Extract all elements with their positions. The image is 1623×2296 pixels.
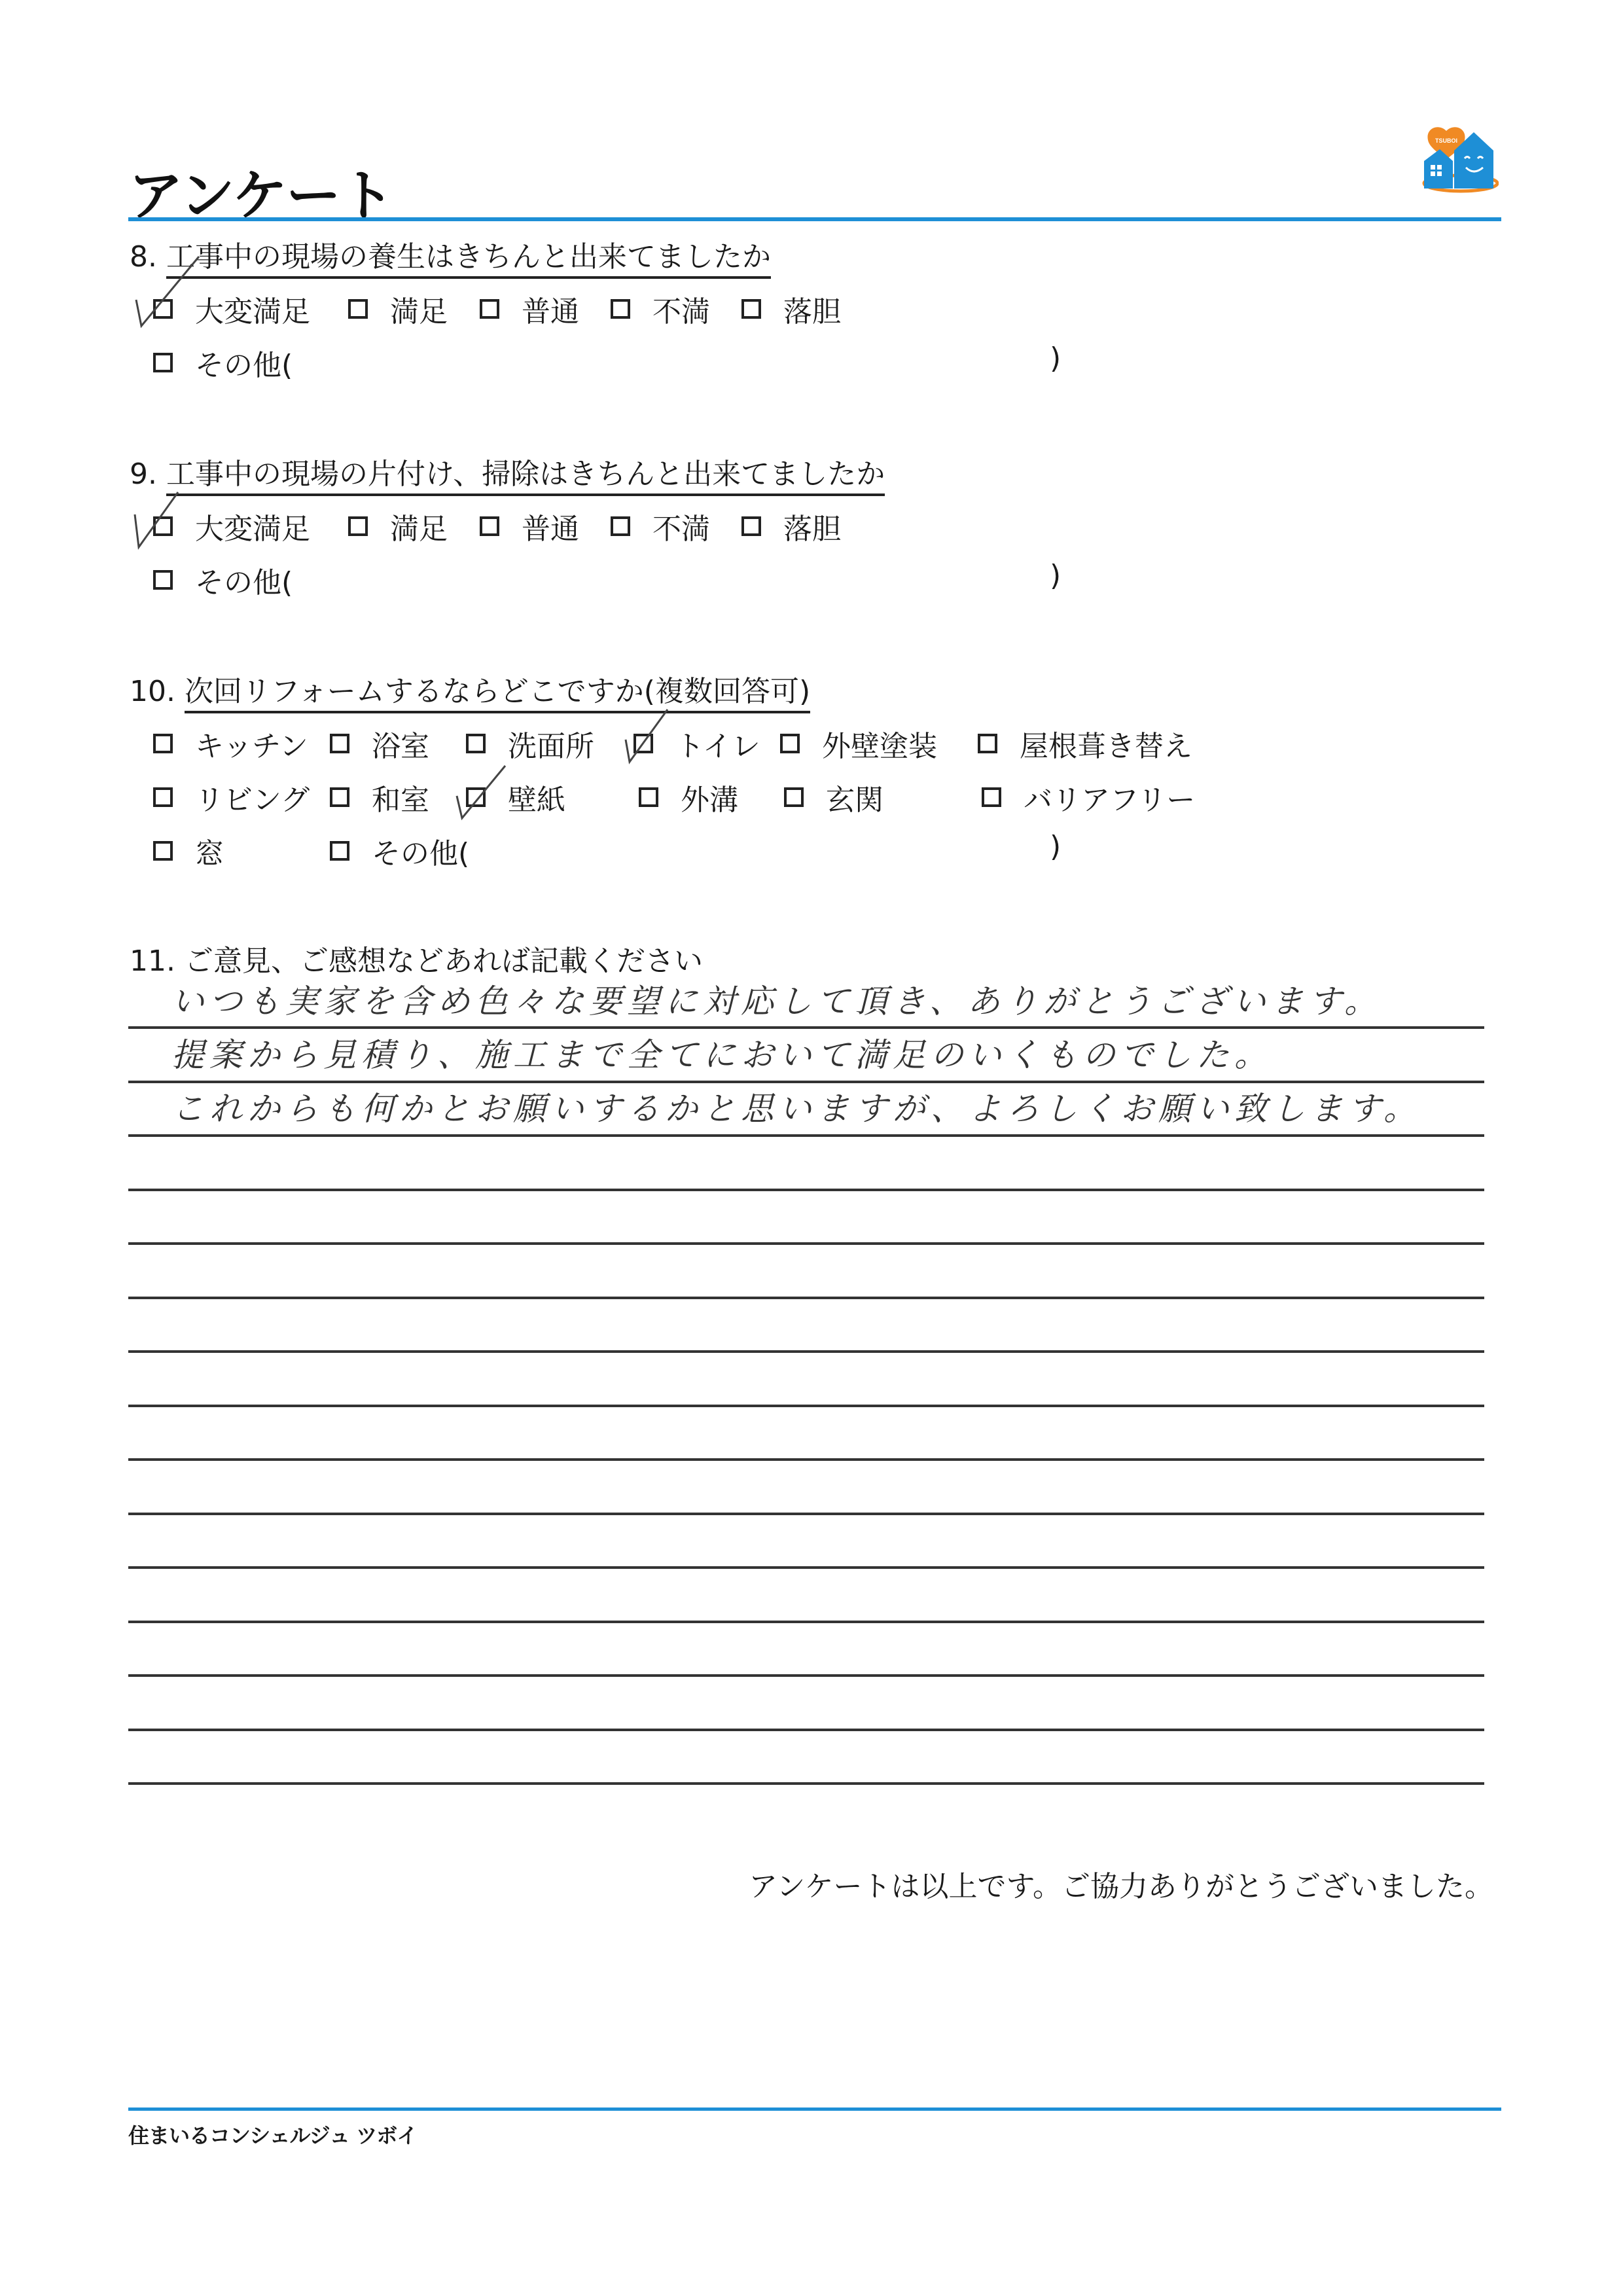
- checkbox[interactable]: [982, 787, 1001, 807]
- q9-option-satisfied[interactable]: 満足: [348, 505, 448, 547]
- writing-line: [128, 1621, 1484, 1623]
- q8-option-average[interactable]: 普通: [480, 288, 579, 330]
- q10-option-window[interactable]: 窓: [153, 830, 224, 872]
- checkbox[interactable]: [741, 299, 761, 319]
- checkbox[interactable]: [153, 516, 173, 536]
- checkbox[interactable]: [153, 570, 173, 590]
- writing-line: [128, 1350, 1484, 1353]
- question-9-title: 9.工事中の現場の片付け、掃除はきちんと出来てましたか: [130, 450, 885, 492]
- q10-option-toilet[interactable]: トイレ: [633, 723, 760, 764]
- q8-option-other[interactable]: その他(: [153, 342, 293, 384]
- comment-answer-line-2[interactable]: 提案から見積り、施工まで全てにおいて満足のいくものでした。: [171, 1029, 1272, 1076]
- q9-option-average[interactable]: 普通: [480, 505, 579, 547]
- checkbox[interactable]: [330, 734, 349, 753]
- writing-line: [128, 1405, 1484, 1407]
- writing-line: [128, 1729, 1484, 1731]
- q10-option-japanese-room[interactable]: 和室: [330, 776, 429, 818]
- q8-option-disappointed[interactable]: 落胆: [741, 288, 841, 330]
- checkbox[interactable]: [611, 299, 630, 319]
- q10-other-close-paren: ): [1050, 830, 1061, 863]
- checkbox[interactable]: [611, 516, 630, 536]
- q10-option-living[interactable]: リビング: [153, 776, 310, 818]
- writing-line: [128, 1026, 1484, 1029]
- writing-line: [128, 1297, 1484, 1299]
- q9-option-very-satisfied[interactable]: 大変満足: [153, 505, 310, 547]
- checkbox[interactable]: [348, 299, 368, 319]
- q8-option-dissatisfied[interactable]: 不満: [611, 288, 710, 330]
- header-divider: [128, 217, 1501, 221]
- checkbox[interactable]: [466, 787, 486, 807]
- checkbox[interactable]: [741, 516, 761, 536]
- footer-divider: [128, 2108, 1501, 2111]
- checkbox[interactable]: [153, 787, 173, 807]
- q10-option-kitchen[interactable]: キッチン: [153, 723, 308, 764]
- comment-answer-line-1[interactable]: いつも実家を含め色々な要望に対応して頂き、ありがとうございます。: [171, 975, 1382, 1022]
- writing-line: [128, 1242, 1484, 1245]
- checkbox[interactable]: [978, 734, 997, 753]
- checkbox[interactable]: [784, 787, 804, 807]
- q9-other-close-paren: ): [1050, 559, 1061, 592]
- q10-option-exterior-painting[interactable]: 外壁塗装: [780, 723, 937, 764]
- checkbox[interactable]: [153, 299, 173, 319]
- q10-option-barrier-free[interactable]: バリアフリー: [982, 776, 1195, 818]
- checkbox[interactable]: [330, 787, 349, 807]
- writing-line: [128, 1081, 1484, 1083]
- question-8-title: 8.工事中の現場の養生はきちんと出来てましたか: [130, 233, 771, 275]
- q10-option-exterior-ditch[interactable]: 外溝: [639, 776, 738, 818]
- writing-line: [128, 1674, 1484, 1677]
- checkbox[interactable]: [348, 516, 368, 536]
- q8-other-close-paren: ): [1050, 342, 1061, 375]
- writing-line: [128, 1566, 1484, 1569]
- checkbox[interactable]: [153, 734, 173, 753]
- closing-message: アンケートは以上です。ご協力ありがとうございました。: [749, 1863, 1493, 1905]
- writing-line: [128, 1513, 1484, 1515]
- house-logo-icon: TSUBOI: [1420, 124, 1499, 196]
- question-10-title: 10.次回リフォームするならどこですか(複数回答可): [130, 668, 810, 709]
- checkbox[interactable]: [153, 353, 173, 372]
- writing-line: [128, 1134, 1484, 1137]
- q9-option-other[interactable]: その他(: [153, 559, 293, 601]
- checkbox[interactable]: [466, 734, 486, 753]
- comment-answer-line-3[interactable]: これからも何かとお願いするかと思いますが、よろしくお願い致します。: [171, 1083, 1421, 1130]
- checkbox[interactable]: [480, 516, 499, 536]
- question-11-title: 11.ご意見、ご感想などあれば記載ください: [130, 937, 703, 979]
- checkbox[interactable]: [480, 299, 499, 319]
- company-logo: TSUBOI: [1420, 124, 1499, 196]
- checkbox[interactable]: [153, 841, 173, 861]
- svg-text:TSUBOI: TSUBOI: [1435, 137, 1457, 144]
- writing-line: [128, 1189, 1484, 1191]
- writing-line: [128, 1458, 1484, 1461]
- checkbox[interactable]: [330, 841, 349, 861]
- q9-option-disappointed[interactable]: 落胆: [741, 505, 841, 547]
- checkbox[interactable]: [633, 734, 653, 753]
- writing-line: [128, 1782, 1484, 1785]
- checkbox[interactable]: [639, 787, 658, 807]
- q10-option-roof-replacement[interactable]: 屋根葺き替え: [978, 723, 1192, 764]
- q10-option-bathroom[interactable]: 浴室: [330, 723, 429, 764]
- q8-option-satisfied[interactable]: 満足: [348, 288, 448, 330]
- q10-option-washroom[interactable]: 洗面所: [466, 723, 594, 764]
- q10-option-entrance[interactable]: 玄関: [784, 776, 883, 818]
- q9-option-dissatisfied[interactable]: 不満: [611, 505, 710, 547]
- q10-option-wallpaper[interactable]: 壁紙: [466, 776, 565, 818]
- checkbox[interactable]: [780, 734, 800, 753]
- q8-option-very-satisfied[interactable]: 大変満足: [153, 288, 310, 330]
- footer-company-name: 住まいるコンシェルジュ ツボイ: [128, 2119, 417, 2149]
- q10-option-other[interactable]: その他(: [330, 830, 469, 872]
